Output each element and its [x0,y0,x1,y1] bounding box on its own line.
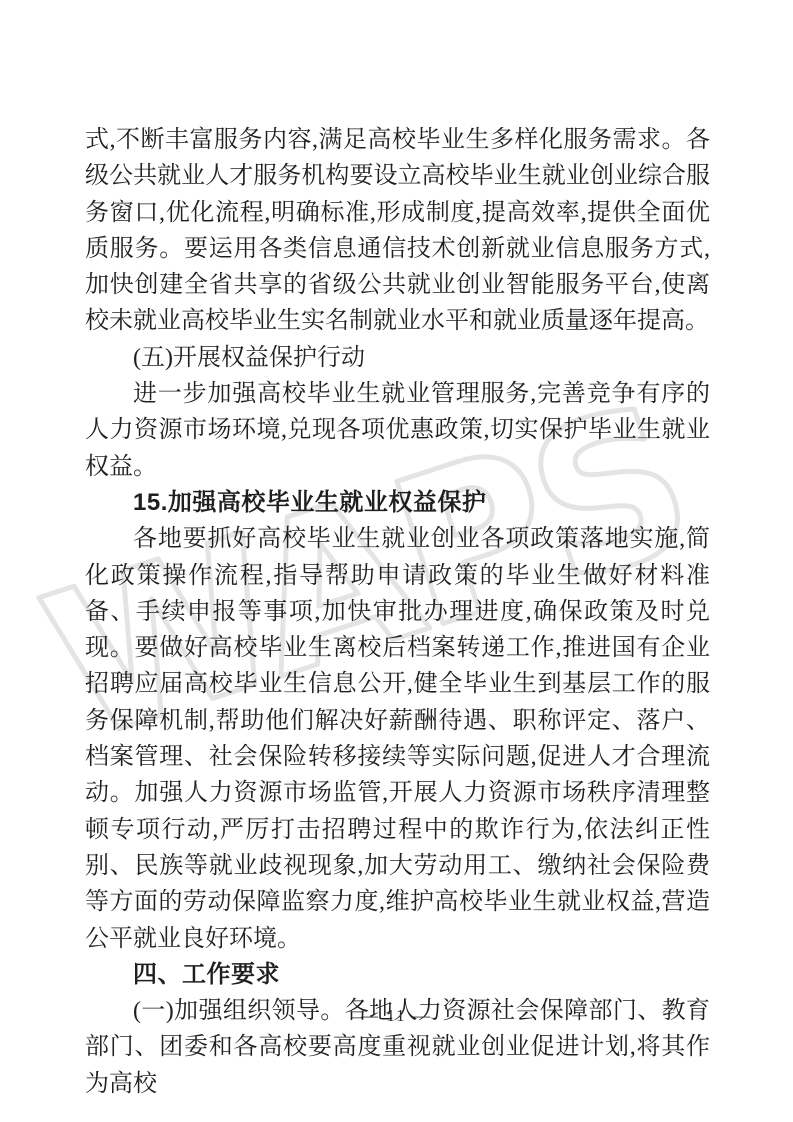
heading-item-15: 15.加强高校毕业生就业权益保护 [85,485,710,521]
document-page: WAPS 式,不断丰富服务内容,满足高校毕业生多样化服务需求。各级公共就业人才服… [0,0,793,1122]
page-number: — 11 — [0,1006,793,1026]
paragraph-employment-management: 进一步加强高校毕业生就业管理服务,完善竞争有序的人力资源市场环境,兑现各项优惠政… [85,376,710,485]
paragraph-service-platform: 式,不断丰富服务内容,满足高校毕业生多样化服务需求。各级公共就业人才服务机构要设… [85,122,710,340]
document-body: 式,不断丰富服务内容,满足高校毕业生多样化服务需求。各级公共就业人才服务机构要设… [85,122,710,1102]
subheading-rights-protection-action: (五)开展权益保护行动 [85,340,710,376]
paragraph-policy-implementation: 各地要抓好高校毕业生就业创业各项政策落地实施,简化政策操作流程,指导帮助申请政策… [85,521,710,957]
heading-section-4-work-requirements: 四、工作要求 [85,957,710,993]
